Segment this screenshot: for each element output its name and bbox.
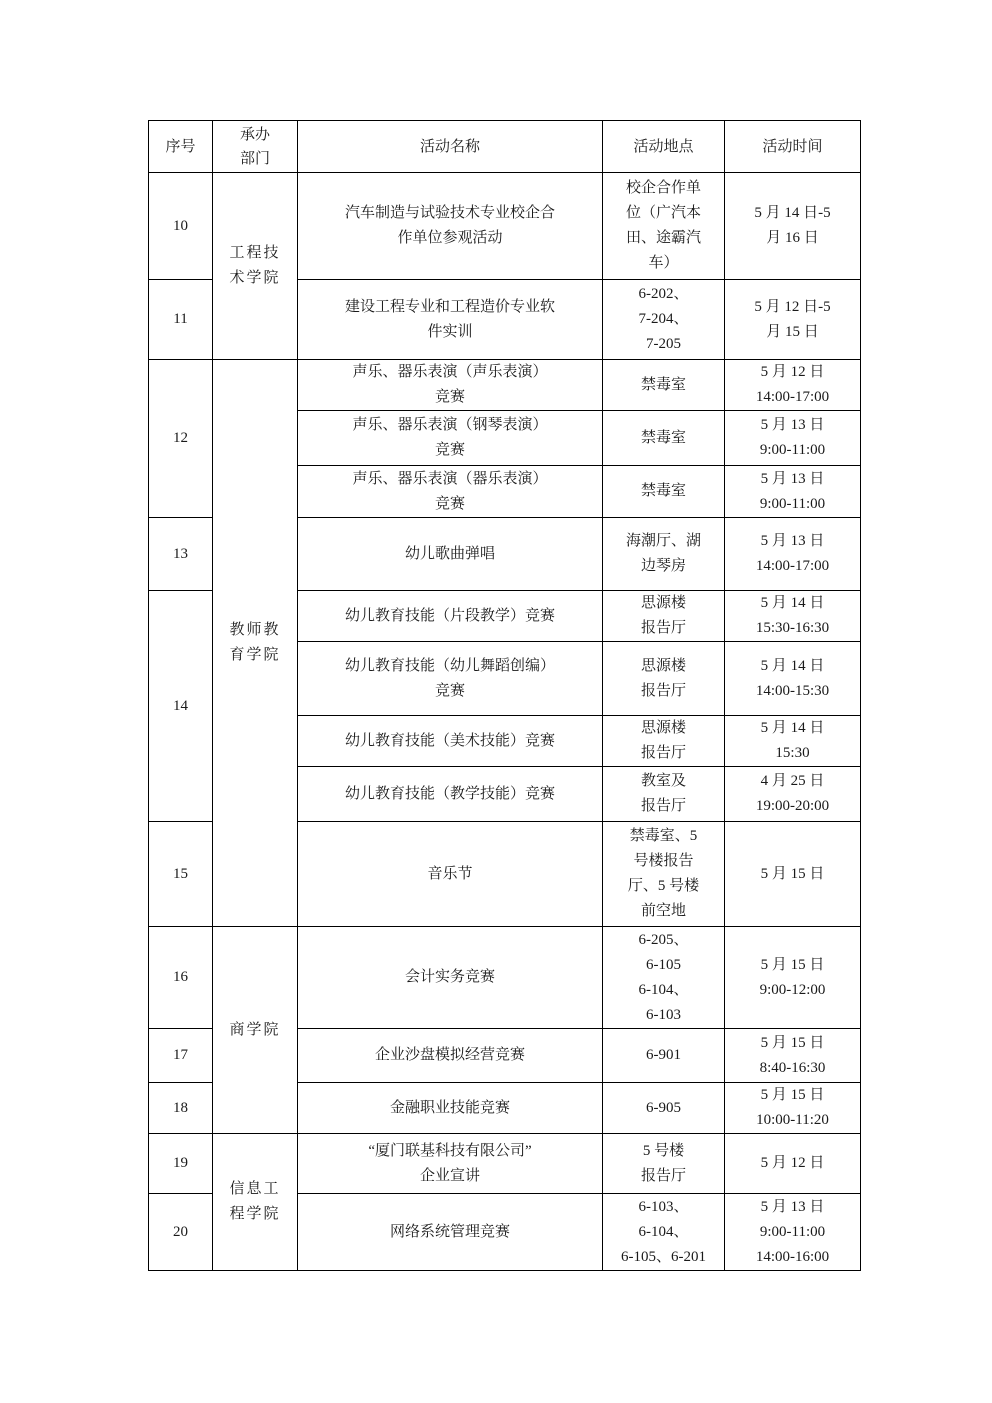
cell-time: 5 月 14 日 15:30-16:30 xyxy=(725,591,861,642)
cell-location: 思源楼 报告厅 xyxy=(603,591,725,642)
cell-time: 5 月 13 日 9:00-11:00 xyxy=(725,411,861,466)
cell-location: 6-205、 6-105 6-104、 6-103 xyxy=(603,927,725,1029)
cell-time: 5 月 15 日 xyxy=(725,822,861,927)
header-location: 活动地点 xyxy=(603,121,725,173)
cell-serial: 10 xyxy=(149,173,213,280)
header-time: 活动时间 xyxy=(725,121,861,173)
cell-time: 5 月 15 日 10:00-11:20 xyxy=(725,1083,861,1134)
cell-activity-name: 企业沙盘模拟经营竞赛 xyxy=(298,1029,603,1083)
cell-activity-name: 幼儿教育技能（幼儿舞蹈创编） 竞赛 xyxy=(298,642,603,716)
cell-serial: 17 xyxy=(149,1029,213,1083)
cell-serial: 19 xyxy=(149,1134,213,1194)
cell-activity-name: “厦门联基科技有限公司” 企业宣讲 xyxy=(298,1134,603,1194)
cell-time: 5 月 14 日-5 月 16 日 xyxy=(725,173,861,280)
cell-time: 5 月 13 日 14:00-17:00 xyxy=(725,518,861,591)
cell-serial: 11 xyxy=(149,280,213,360)
cell-location: 教室及 报告厅 xyxy=(603,767,725,822)
cell-location: 5 号楼 报告厅 xyxy=(603,1134,725,1194)
cell-activity-name: 汽车制造与试验技术专业校企合 作单位参观活动 xyxy=(298,173,603,280)
cell-department: 信息工 程学院 xyxy=(213,1134,298,1271)
cell-activity-name: 幼儿教育技能（美术技能）竞赛 xyxy=(298,716,603,767)
cell-location: 禁毒室 xyxy=(603,411,725,466)
cell-activity-name: 音乐节 xyxy=(298,822,603,927)
cell-department: 教师教 育学院 xyxy=(213,360,298,927)
cell-time: 5 月 14 日 15:30 xyxy=(725,716,861,767)
cell-location: 6-901 xyxy=(603,1029,725,1083)
cell-time: 5 月 12 日 14:00-17:00 xyxy=(725,360,861,411)
table-row: 16 商学院 会计实务竞赛 6-205、 6-105 6-104、 6-103 … xyxy=(149,927,861,1029)
cell-serial: 12 xyxy=(149,360,213,518)
header-department: 承办 部门 xyxy=(213,121,298,173)
cell-time: 4 月 25 日 19:00-20:00 xyxy=(725,767,861,822)
table-row: 10 工程技 术学院 汽车制造与试验技术专业校企合 作单位参观活动 校企合作单 … xyxy=(149,173,861,280)
cell-time: 5 月 12 日 xyxy=(725,1134,861,1194)
cell-time: 5 月 15 日 8:40-16:30 xyxy=(725,1029,861,1083)
cell-activity-name: 声乐、器乐表演（器乐表演） 竞赛 xyxy=(298,466,603,518)
cell-location: 6-202、 7-204、 7-205 xyxy=(603,280,725,360)
cell-department: 工程技 术学院 xyxy=(213,173,298,360)
cell-activity-name: 声乐、器乐表演（钢琴表演） 竞赛 xyxy=(298,411,603,466)
cell-activity-name: 网络系统管理竞赛 xyxy=(298,1194,603,1271)
cell-time: 5 月 15 日 9:00-12:00 xyxy=(725,927,861,1029)
header-activity-name: 活动名称 xyxy=(298,121,603,173)
cell-serial: 20 xyxy=(149,1194,213,1271)
cell-time: 5 月 13 日 9:00-11:00 xyxy=(725,466,861,518)
cell-activity-name: 金融职业技能竞赛 xyxy=(298,1083,603,1134)
cell-activity-name: 声乐、器乐表演（声乐表演） 竞赛 xyxy=(298,360,603,411)
cell-location: 6-905 xyxy=(603,1083,725,1134)
activity-schedule-table: 序号 承办 部门 活动名称 活动地点 活动时间 10 工程技 术学院 汽车制造与… xyxy=(148,120,861,1271)
cell-serial: 18 xyxy=(149,1083,213,1134)
cell-location: 校企合作单 位（广汽本 田、途霸汽 车） xyxy=(603,173,725,280)
cell-serial: 16 xyxy=(149,927,213,1029)
cell-serial: 14 xyxy=(149,591,213,822)
cell-serial: 13 xyxy=(149,518,213,591)
header-row: 序号 承办 部门 活动名称 活动地点 活动时间 xyxy=(149,121,861,173)
cell-location: 海潮厅、湖 边琴房 xyxy=(603,518,725,591)
cell-time: 5 月 12 日-5 月 15 日 xyxy=(725,280,861,360)
cell-time: 5 月 14 日 14:00-15:30 xyxy=(725,642,861,716)
table-row: 19 信息工 程学院 “厦门联基科技有限公司” 企业宣讲 5 号楼 报告厅 5 … xyxy=(149,1134,861,1194)
cell-location: 6-103、 6-104、 6-105、6-201 xyxy=(603,1194,725,1271)
cell-location: 禁毒室 xyxy=(603,360,725,411)
cell-activity-name: 会计实务竞赛 xyxy=(298,927,603,1029)
table-row: 12 教师教 育学院 声乐、器乐表演（声乐表演） 竞赛 禁毒室 5 月 12 日… xyxy=(149,360,861,411)
cell-location: 思源楼 报告厅 xyxy=(603,716,725,767)
cell-activity-name: 幼儿教育技能（教学技能）竞赛 xyxy=(298,767,603,822)
cell-activity-name: 幼儿教育技能（片段教学）竞赛 xyxy=(298,591,603,642)
cell-department: 商学院 xyxy=(213,927,298,1134)
header-serial: 序号 xyxy=(149,121,213,173)
cell-location: 禁毒室 xyxy=(603,466,725,518)
cell-serial: 15 xyxy=(149,822,213,927)
cell-activity-name: 幼儿歌曲弹唱 xyxy=(298,518,603,591)
cell-location: 思源楼 报告厅 xyxy=(603,642,725,716)
document-page: 序号 承办 部门 活动名称 活动地点 活动时间 10 工程技 术学院 汽车制造与… xyxy=(0,0,992,1403)
cell-location: 禁毒室、5 号楼报告 厅、5 号楼 前空地 xyxy=(603,822,725,927)
cell-time: 5 月 13 日 9:00-11:00 14:00-16:00 xyxy=(725,1194,861,1271)
cell-activity-name: 建设工程专业和工程造价专业软 件实训 xyxy=(298,280,603,360)
